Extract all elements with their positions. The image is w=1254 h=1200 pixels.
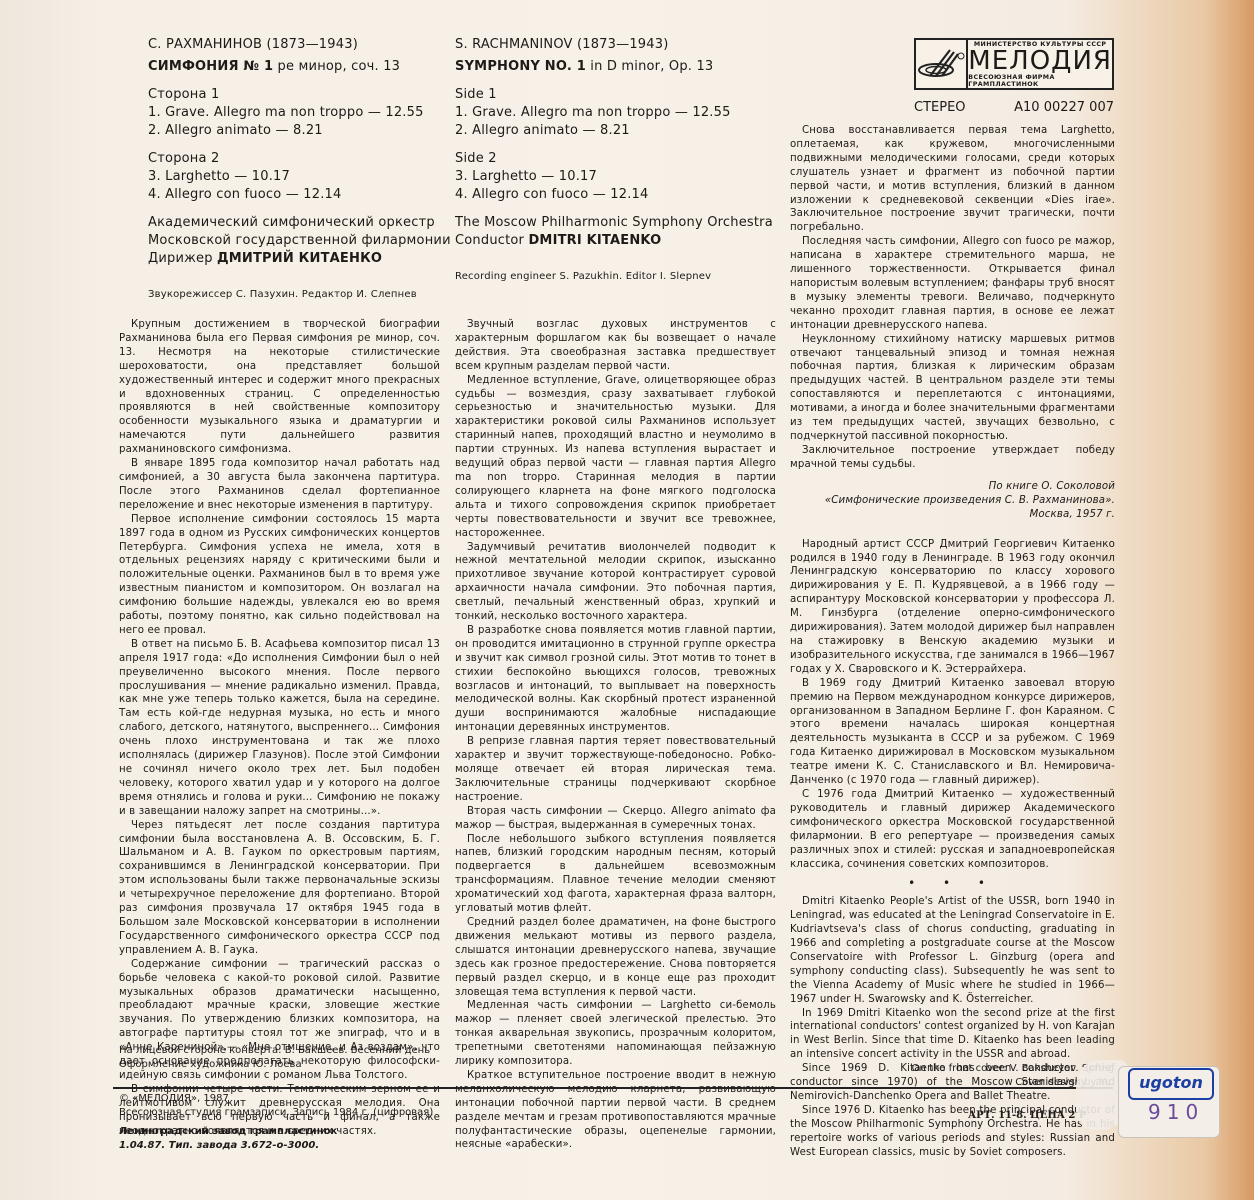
paragraph: Медленное вступление, Grave, олицетворяю… <box>455 374 776 541</box>
paragraph: В ответ на письмо Б. В. Асафьева компози… <box>119 638 440 819</box>
en-composer: S. RACHMANINOV (1873—1943) <box>455 36 773 54</box>
bio-en-paragraph: In 1969 Dmitri Kitaenko won the second p… <box>790 1007 1115 1063</box>
cover-credits-ru: На лицевой стороне конверта: В. Бакшеев.… <box>119 1044 430 1072</box>
ru-track: 1. Grave. Allegro ma non troppo — 12.55 <box>148 104 451 122</box>
bio-paragraph: В 1969 году Дмитрий Китаенко завоевал вт… <box>790 677 1115 788</box>
shop-stamp: ugoton <box>1128 1068 1214 1100</box>
stereo-label: СТЕРЕО <box>914 100 966 115</box>
ru-track: 4. Allegro con fuoco — 12.14 <box>148 186 451 204</box>
copyright: © «МЕЛОДИЯ», 1987 <box>119 1092 433 1106</box>
paragraph: В январе 1895 года композитор начал рабо… <box>119 457 440 513</box>
paragraph: В репризе главная партия теряет повество… <box>455 735 776 805</box>
melodiya-record-icon <box>916 40 968 88</box>
paragraph: Звучный возглас духовых инструментов с х… <box>455 318 776 374</box>
ru-orchestra-line1: Академический симфонический оркестр <box>148 214 451 232</box>
ru-work-title: СИМФОНИЯ № 1 ре минор, соч. 13 <box>148 58 451 76</box>
paragraph: Через пятьдесят лет после создания парти… <box>119 819 440 958</box>
en-track: 2. Allegro animato — 8.21 <box>455 122 773 140</box>
paragraph: Первое исполнение симфонии состоялось 15… <box>119 513 440 638</box>
brand-text: МЕЛОДИЯ <box>968 48 1112 74</box>
paragraph: В разработке снова появляется мотив глав… <box>455 624 776 735</box>
firm-text: ВСЕСОЮЗНАЯ ФИРМА ГРАМПЛАСТИНОК <box>968 74 1112 88</box>
en-conductor: Conductor DMITRI KITAENKO <box>455 232 773 250</box>
section-separator: • • • <box>790 877 1115 891</box>
bio-en-paragraph: Dmitri Kitaenko People's Artist of the U… <box>790 895 1115 1006</box>
bio-paragraph: Народный артист СССР Дмитрий Георгиевич … <box>790 538 1115 677</box>
source-citation: По книге О. Соколовой «Симфонические про… <box>790 480 1115 522</box>
paragraph: Краткое вступительное построение вводит … <box>455 1069 776 1152</box>
ru-header: С. РАХМАНИНОВ (1873—1943) СИМФОНИЯ № 1 р… <box>148 36 451 304</box>
paragraph: Последняя часть симфонии, Allegro con fu… <box>790 235 1115 332</box>
paragraph: Средний раздел более драматичен, на фоне… <box>455 916 776 999</box>
ru-orchestra-line2: Московской государственной филармонии <box>148 232 451 250</box>
ru-composer: С. РАХМАНИНОВ (1873—1943) <box>148 36 451 54</box>
paragraph: Неуклонному стихийному натиску маршевых … <box>790 333 1115 444</box>
melodiya-logo: МИНИСТЕРСТВО КУЛЬТУРЫ СССР МЕЛОДИЯ ВСЕСО… <box>914 38 1114 115</box>
catalog-number: А10 00227 007 <box>1014 100 1114 115</box>
paragraph: Задумчивый речитатив виолончелей подводи… <box>455 541 776 624</box>
paragraph: Крупным достижением в творческой биограф… <box>119 318 440 457</box>
ru-notes-column-1: Крупным достижением в творческой биограф… <box>119 318 440 1138</box>
paragraph: После небольшого зыбкого вступления появ… <box>455 833 776 916</box>
paragraph: Заключительное построение утверждает поб… <box>790 444 1115 472</box>
ru-notes-column-3: Снова восстанавливается первая тема Larg… <box>790 124 1115 1160</box>
ru-notes-column-2: Звучный возглас духовых инструментов с х… <box>455 318 776 1152</box>
ru-track: 2. Allegro animato — 8.21 <box>148 122 451 140</box>
ru-side2-label: Сторона 2 <box>148 150 451 168</box>
ru-side1-label: Сторона 1 <box>148 86 451 104</box>
paragraph: Снова восстанавливается первая тема Larg… <box>790 124 1115 235</box>
bio-paragraph: С 1976 года Дмитрий Китаенко — художеств… <box>790 788 1115 871</box>
sticker-number: 910 <box>1148 1100 1204 1124</box>
ru-credits: Звукорежиссер С. Пазухин. Редактор И. Сл… <box>148 286 451 304</box>
en-side2-label: Side 2 <box>455 150 773 168</box>
footer-rule <box>113 1087 1113 1089</box>
en-track: 1. Grave. Allegro ma non troppo — 12.55 <box>455 104 773 122</box>
paragraph: Медленная часть симфонии — Larghetto си-… <box>455 999 776 1069</box>
plant-line: Ленинградский завод грампластинок <box>119 1125 433 1139</box>
en-side1-label: Side 1 <box>455 86 773 104</box>
ru-track: 3. Larghetto — 10.17 <box>148 168 451 186</box>
en-work-title: SYMPHONY NO. 1 in D minor, Op. 13 <box>455 58 773 76</box>
paragraph: Вторая часть симфонии — Скерцо. Allegro … <box>455 805 776 833</box>
en-credits: Recording engineer S. Pazukhin. Editor I… <box>455 268 773 286</box>
en-header: S. RACHMANINOV (1873—1943) SYMPHONY NO. … <box>455 36 773 286</box>
price-line: АРТ. 11-8. ЦЕНА 2 Р <box>968 1110 1086 1121</box>
en-track: 3. Larghetto — 10.17 <box>455 168 773 186</box>
en-orchestra: The Moscow Philharmonic Symphony Orchest… <box>455 214 773 232</box>
ru-conductor: Дирижер ДМИТРИЙ КИТАЕНКО <box>148 250 451 268</box>
en-track: 4. Allegro con fuoco — 12.14 <box>455 186 773 204</box>
studio-line: Всесоюзная студия грамзаписи. Запись 198… <box>119 1106 433 1120</box>
print-line: 1.04.87. Тип. завода 3.672-о-3000. <box>119 1139 433 1153</box>
footer-info: © «МЕЛОДИЯ», 1987 Всесоюзная студия грам… <box>119 1092 433 1153</box>
